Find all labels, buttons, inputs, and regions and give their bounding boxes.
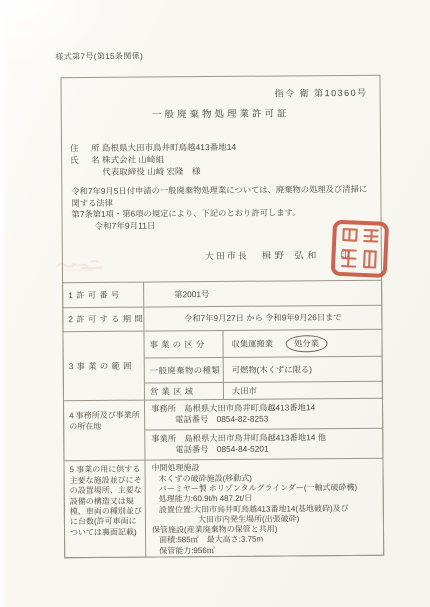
table-row-permit-period: 2 許 可 す る 期 間 令和7年9月27日 から 令和9年9月26日まで [63,305,381,332]
grant-statement-line2: 第7条第1項・第6項の規定により、下記のとおり許可します。 [71,207,375,221]
facility-line: 保管能力:956㎥ [146,544,381,556]
address-label: 住 所 [70,142,102,154]
facility-line: 設置位置:大田市鳥井町鳥越413番地14(基地破砕)及び [146,503,381,515]
table-row-business-scope: 3 事 業 の 範 囲 事 業 の 区 分 収集運搬業 処分業 一般廃棄物の種類… [63,330,382,402]
waste-type-value: 可燃物(木くずに限る) [224,357,382,382]
business-category-plain: 収集運搬業 [232,338,274,350]
form-number: 様式第7号(第15条関係) [55,51,143,63]
grant-statement: 令和7年9月5日付申請の一般廃棄物処理業については、廃棄物の処理及び清掃に関する… [71,184,375,221]
directive-number: 指令 衛 第10360号 [275,86,368,100]
business-category-circled: 処分業 [285,335,328,352]
waste-type-label: 一般廃棄物の種類 [145,358,224,383]
certificate-title: 一般廃棄物処理業許可証 [62,105,380,121]
grant-statement-line1: 令和7年9月5日付申請の一般廃棄物処理業については、廃棄物の処理及び清掃に関する… [71,184,375,209]
address-value: 島根県大田市鳥井町鳥越413番地14 [102,141,236,154]
scan-tilt-wrapper: 様式第7号(第15条関係) 指令 衛 第10360号 一般廃棄物処理業許可証 住… [0,0,430,607]
row5-label: 5 事業の用に供する主要な施設並びにその設置場所、主要な設備の構造又は規模、車両… [64,461,146,557]
addressee-representative-line: 代表取締役 山崎 宏隆 様 [70,165,200,178]
row2-value: 令和7年9月27日 から 令和9年9月26日まで [144,305,381,331]
subrow-waste-type: 一般廃棄物の種類 可燃物(木くずに限る) [145,357,382,384]
service-area-label: 営 業 区 域 [145,383,224,400]
site-address-cell: 事業所 島根県大田市鳥井町鳥越413番地14 他 電話番号 0854-84-52… [145,429,382,460]
office-address-cell: 事務所 島根県大田市鳥井町鳥越413番地14 電話番号 0854-82-8253 [145,399,382,431]
table-row-facilities: 5 事業の用に供する主要な施設並びにその設置場所、主要な設備の構造又は規模、車両… [64,459,383,557]
row1-label: 1 許 可 番 号 [63,283,144,307]
service-area-value: 大田市 [224,382,382,399]
company-name: 株式会社 山崎組 [102,153,164,165]
ink-bleed-smudge [51,257,113,273]
row1-value: 第2001号 [144,281,381,307]
in-mark: 印 [340,248,349,261]
addressee-address-line: 住 所 島根県大田市鳥井町鳥越413番地14 [70,141,236,154]
certificate-border-box: 指令 衛 第10360号 一般廃棄物処理業許可証 住 所 島根県大田市鳥井町鳥越… [60,75,384,558]
issuer-signature-line: 大田市長 楫野 弘和 印 [205,248,350,262]
facility-details: 中間処理施設 木くずの破砕施設(移動式) バーミヤー製 ホリゾンタルグラインダー… [145,459,383,557]
site-phone: 電話番号 0854-84-5201 [151,443,382,456]
representative-name: 代表取締役 山崎 宏隆 様 [102,165,200,178]
permit-details-table: 1 許 可 番 号 第2001号 2 許 可 す る 期 間 令和7年9月27日… [62,280,384,559]
scanned-permit-page: 様式第7号(第15条関係) 指令 衛 第10360号 一般廃棄物処理業許可証 住… [0,0,430,607]
table-row-office-locations: 4 事務所及び事業所の所在地 事務所 島根県大田市鳥井町鳥越413番地14 電話… [64,399,382,461]
issuer-name: 楫野 弘和 [262,248,321,261]
addressee-name-line: 氏 名 株式会社 山崎組 [70,153,164,166]
row3-label: 3 事 業 の 範 囲 [63,332,145,401]
row2-label: 2 許 可 す る 期 間 [63,307,144,331]
subrow-service-area: 営 業 区 域 大田市 [145,382,382,400]
issuer-title: 大田市長 [205,249,249,262]
business-category-label: 事 業 の 区 分 [144,331,223,358]
subrow-business-category: 事 業 の 区 分 収集運搬業 処分業 [144,330,381,359]
office-phone: 電話番号 0854-82-8253 [151,413,382,426]
table-row-permit-number: 1 許 可 番 号 第2001号 [63,281,381,308]
issue-date: 令和7年9月11日 [95,219,156,231]
row4-label: 4 事務所及び事業所の所在地 [64,401,145,461]
facility-line: バーミヤー製 ホリゾンタルグラインダー(一軸式破砕機) [146,483,381,495]
name-label: 氏 名 [70,154,102,166]
